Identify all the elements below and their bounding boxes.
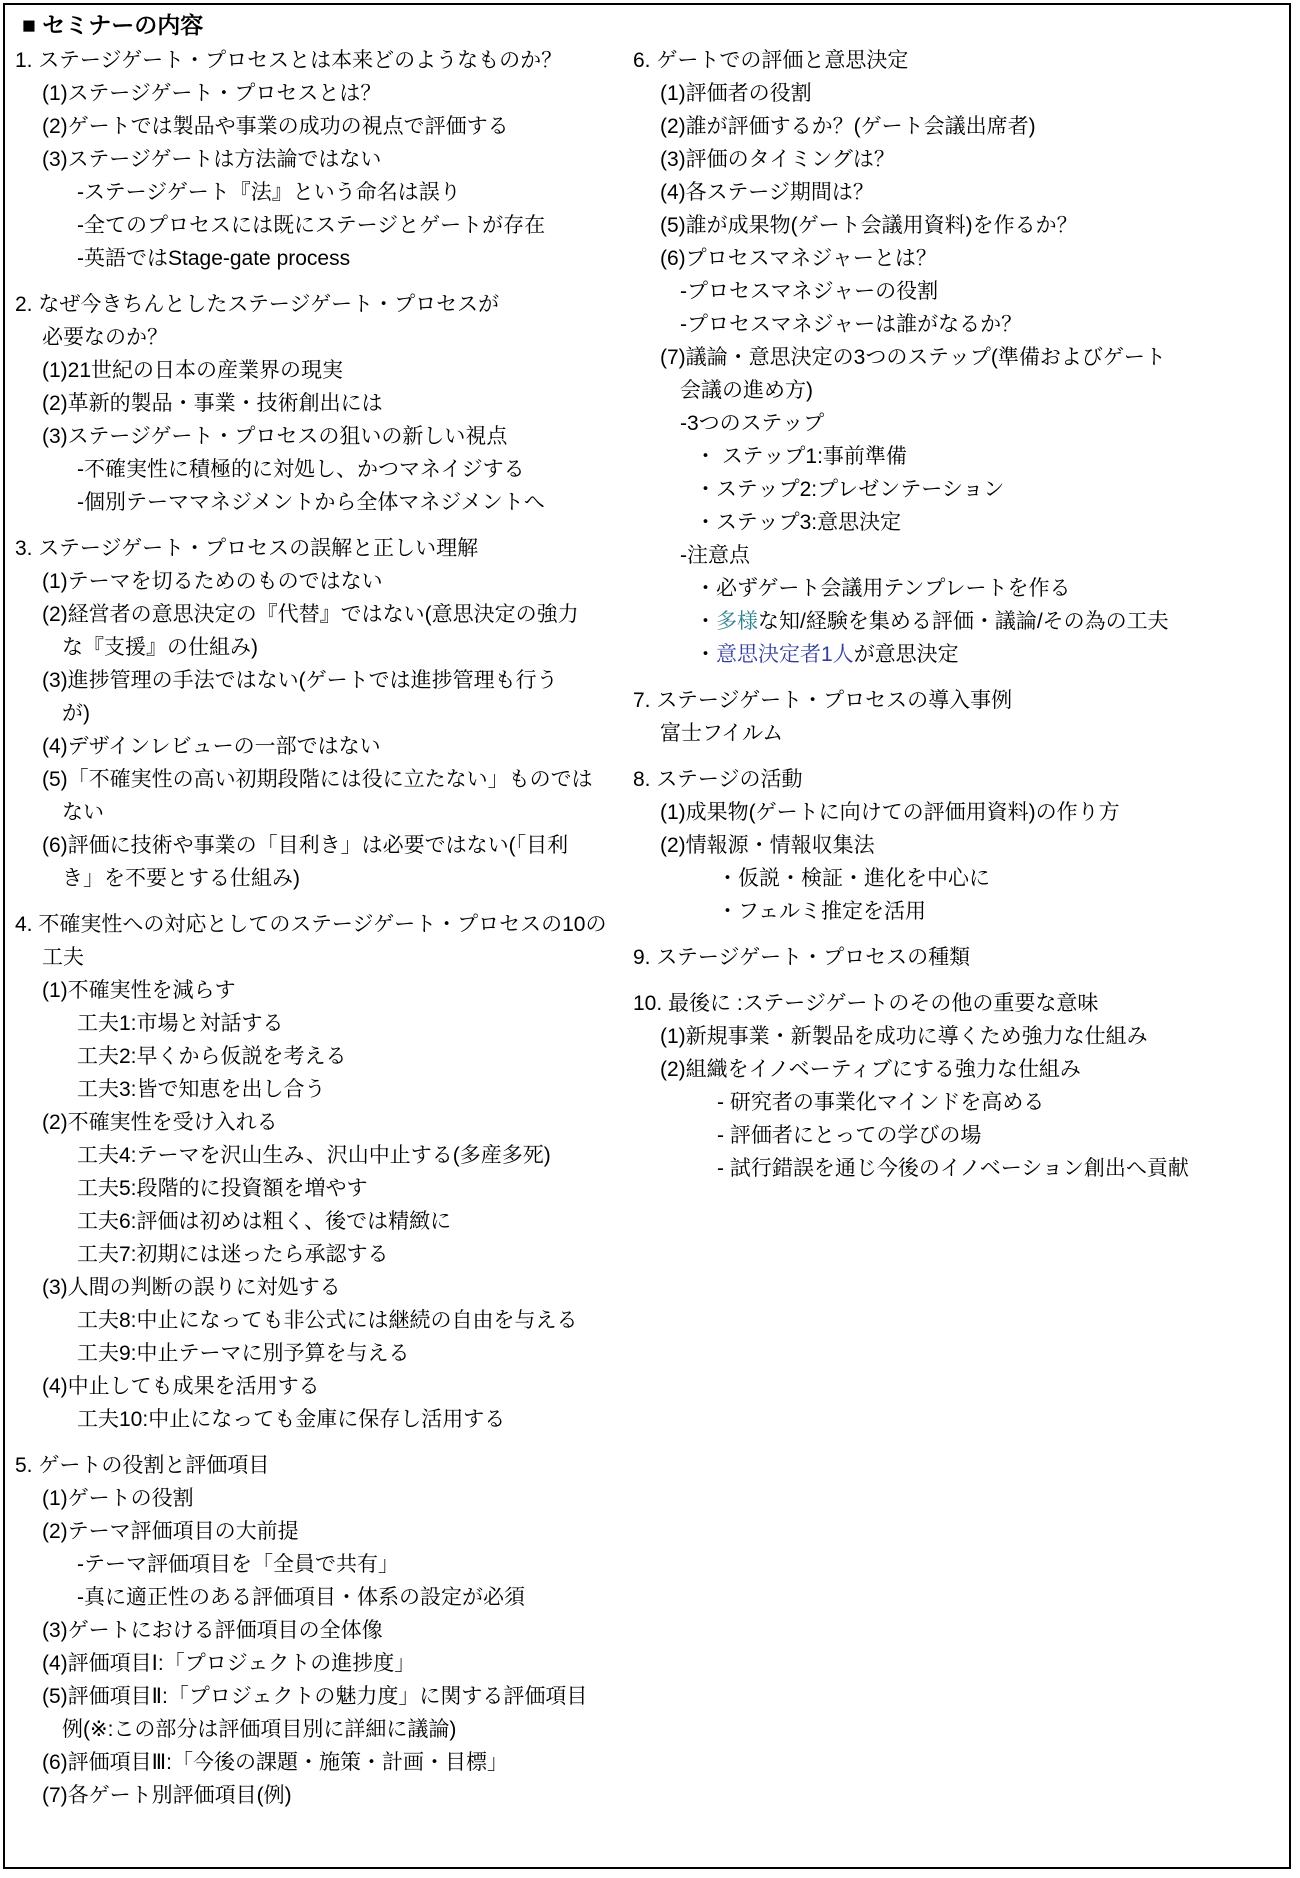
outline-line: -英語ではStage-gate process <box>15 242 620 275</box>
outline-line: (4)デザインレビューの一部ではない <box>15 730 620 763</box>
outline-line: 8. ステージの活動 <box>633 763 1288 796</box>
outline-line: (4)中止しても成果を活用する <box>15 1370 620 1403</box>
outline-line: き」を不要とする仕組み) <box>15 862 620 895</box>
outline-line: 6. ゲートでの評価と意思決定 <box>633 44 1288 77</box>
outline-line: 会議の進め方) <box>633 374 1288 407</box>
outline-left-column: 1. ステージゲート・プロセスとは本来どのようなものか？(1)ステージゲート・プ… <box>15 44 620 1812</box>
outline-line: ・ ステップ1:事前準備 <box>633 440 1288 473</box>
outline-text: ・ <box>695 643 716 666</box>
outline-line: (2)経営者の意思決定の『代替』ではない(意思決定の強力 <box>15 598 620 631</box>
outline-line: (5)評価項目Ⅱ:「プロジェクトの魅力度」に関する評価項目 <box>15 1680 620 1713</box>
outline-line: 5. ゲートの役割と評価項目 <box>15 1449 620 1482</box>
outline-line: ・意思決定者1人が意思決定 <box>633 638 1288 671</box>
outline-line: 7. ステージゲート・プロセスの導入事例 <box>633 684 1288 717</box>
outline-line: (2)誰が評価するか？(ゲート会議出席者) <box>633 110 1288 143</box>
outline-line: -プロセスマネジャーの役割 <box>633 275 1288 308</box>
outline-line: -不確実性に積極的に対処し、かつマネイジする <box>15 453 620 486</box>
outline-line: 9. ステージゲート・プロセスの種類 <box>633 941 1288 974</box>
outline-line: -全てのプロセスには既にステージとゲートが存在 <box>15 209 620 242</box>
outline-line: (1)不確実性を減らす <box>15 974 620 1007</box>
outline-line: 工夫4:テーマを沢山生み、沢山中止する(多産多死) <box>15 1139 620 1172</box>
outline-line: が) <box>15 697 620 730</box>
outline-line: (1)ステージゲート・プロセスとは？ <box>15 77 620 110</box>
outline-line: ・ステップ3:意思決定 <box>633 506 1288 539</box>
outline-line: -個別テーママネジメントから全体マネジメントへ <box>15 486 620 519</box>
outline-line: (5)「不確実性の高い初期段階には役に立たない」ものでは <box>15 763 620 796</box>
outline-line: (3)ステージゲート・プロセスの狙いの新しい視点 <box>15 420 620 453</box>
outline-text: ・ <box>695 610 716 633</box>
outline-line: -真に適正性のある評価項目・体系の設定が必須 <box>15 1581 620 1614</box>
outline-line: -ステージゲート『法』という命名は誤り <box>15 176 620 209</box>
outline-line: (7)議論・意思決定の3つのステップ(準備およびゲート <box>633 341 1288 374</box>
outline-line: 工夫2:早くから仮説を考える <box>15 1040 620 1073</box>
outline-text: な知/経験を集める評価・議論/その為の工夫 <box>758 610 1169 633</box>
outline-line: 工夫9:中止テーマに別予算を与える <box>15 1337 620 1370</box>
outline-line: 4. 不確実性への対応としてのステージゲート・プロセスの10の <box>15 908 620 941</box>
outline-text: が意思決定 <box>854 643 959 666</box>
outline-line: (2)情報源・情報収集法 <box>633 829 1288 862</box>
outline-line: 10. 最後に :ステージゲートのその他の重要な意味 <box>633 987 1288 1020</box>
outline-line: (3)ゲートにおける評価項目の全体像 <box>15 1614 620 1647</box>
outline-line: (1)テーマを切るためのものではない <box>15 565 620 598</box>
outline-line: 2. なぜ今きちんとしたステージゲート・プロセスが <box>15 288 620 321</box>
outline-line: (4)評価項目Ⅰ:「プロジェクトの進捗度」 <box>15 1647 620 1680</box>
outline-line: ・多様な知/経験を集める評価・議論/その為の工夫 <box>633 605 1288 638</box>
outline-line: (6)評価項目Ⅲ:「今後の課題・施策・計画・目標」 <box>15 1746 620 1779</box>
outline-line: 工夫1:市場と対話する <box>15 1007 620 1040</box>
outline-line: (3)進捗管理の手法ではない(ゲートでは進捗管理も行う <box>15 664 620 697</box>
outline-line: (2)革新的製品・事業・技術創出には <box>15 387 620 420</box>
outline-line: 工夫 <box>15 941 620 974</box>
outline-line: (7)各ゲート別評価項目(例) <box>15 1779 620 1812</box>
outline-line: (6)プロセスマネジャーとは？ <box>633 242 1288 275</box>
highlight-blue-text: 意思決定者1人 <box>716 643 854 666</box>
outline-line: ・フェルミ推定を活用 <box>633 895 1288 928</box>
outline-line: -テーマ評価項目を「全員で共有」 <box>15 1548 620 1581</box>
outline-line: 工夫10:中止になっても金庫に保存し活用する <box>15 1403 620 1436</box>
outline-line: な『支援』の仕組み) <box>15 631 620 664</box>
outline-line: (2)テーマ評価項目の大前提 <box>15 1515 620 1548</box>
outline-line: -注意点 <box>633 539 1288 572</box>
outline-line: (1)評価者の役割 <box>633 77 1288 110</box>
outline-line: 工夫8:中止になっても非公式には継続の自由を与える <box>15 1304 620 1337</box>
outline-line: (3)ステージゲートは方法論ではない <box>15 143 620 176</box>
outline-line: 工夫3:皆で知恵を出し合う <box>15 1073 620 1106</box>
highlight-teal-text: 多様 <box>716 610 758 633</box>
outline-line: - 研究者の事業化マインドを高める <box>633 1086 1288 1119</box>
outline-line: (1)21世紀の日本の産業界の現実 <box>15 354 620 387</box>
outline-line: 例(※:この部分は評価項目別に詳細に議論) <box>15 1713 620 1746</box>
outline-line: -3つのステップ <box>633 407 1288 440</box>
outline-line: ・必ずゲート会議用テンプレートを作る <box>633 572 1288 605</box>
outline-line: -プロセスマネジャーは誰がなるか？ <box>633 308 1288 341</box>
outline-line: (2)不確実性を受け入れる <box>15 1106 620 1139</box>
outline-line: - 評価者にとっての学びの場 <box>633 1119 1288 1152</box>
outline-line: 3. ステージゲート・プロセスの誤解と正しい理解 <box>15 532 620 565</box>
outline-line: (1)ゲートの役割 <box>15 1482 620 1515</box>
outline-line: 工夫6:評価は初めは粗く、後では精緻に <box>15 1205 620 1238</box>
outline-line: ・ステップ2:プレゼンテーション <box>633 473 1288 506</box>
outline-line: 工夫5:段階的に投資額を増やす <box>15 1172 620 1205</box>
outline-line: - 試行錯誤を通じ今後のイノベーション創出へ貢献 <box>633 1152 1288 1185</box>
outline-line: (3)人間の判断の誤りに対処する <box>15 1271 620 1304</box>
outline-line: (4)各ステージ期間は？ <box>633 176 1288 209</box>
outline-line: 工夫7:初期には迷ったら承認する <box>15 1238 620 1271</box>
outline-line: ない <box>15 796 620 829</box>
outline-line: 1. ステージゲート・プロセスとは本来どのようなものか？ <box>15 44 620 77</box>
outline-right-column: 6. ゲートでの評価と意思決定(1)評価者の役割(2)誰が評価するか？(ゲート会… <box>633 44 1288 1185</box>
outline-line: 必要なのか？ <box>15 321 620 354</box>
outline-line: (5)誰が成果物(ゲート会議用資料)を作るか？ <box>633 209 1288 242</box>
outline-line: (3)評価のタイミングは？ <box>633 143 1288 176</box>
outline-line: (2)ゲートでは製品や事業の成功の視点で評価する <box>15 110 620 143</box>
outline-line: ・仮説・検証・進化を中心に <box>633 862 1288 895</box>
outline-line: (1)成果物(ゲートに向けての評価用資料)の作り方 <box>633 796 1288 829</box>
outline-line: (6)評価に技術や事業の「目利き」は必要ではない(「目利 <box>15 829 620 862</box>
outline-line: (1)新規事業・新製品を成功に導くため強力な仕組み <box>633 1020 1288 1053</box>
outline-line: 富士フイルム <box>633 717 1288 750</box>
page-title: ■ セミナーの内容 <box>22 10 203 40</box>
outline-line: (2)組織をイノベーティブにする強力な仕組み <box>633 1053 1288 1086</box>
